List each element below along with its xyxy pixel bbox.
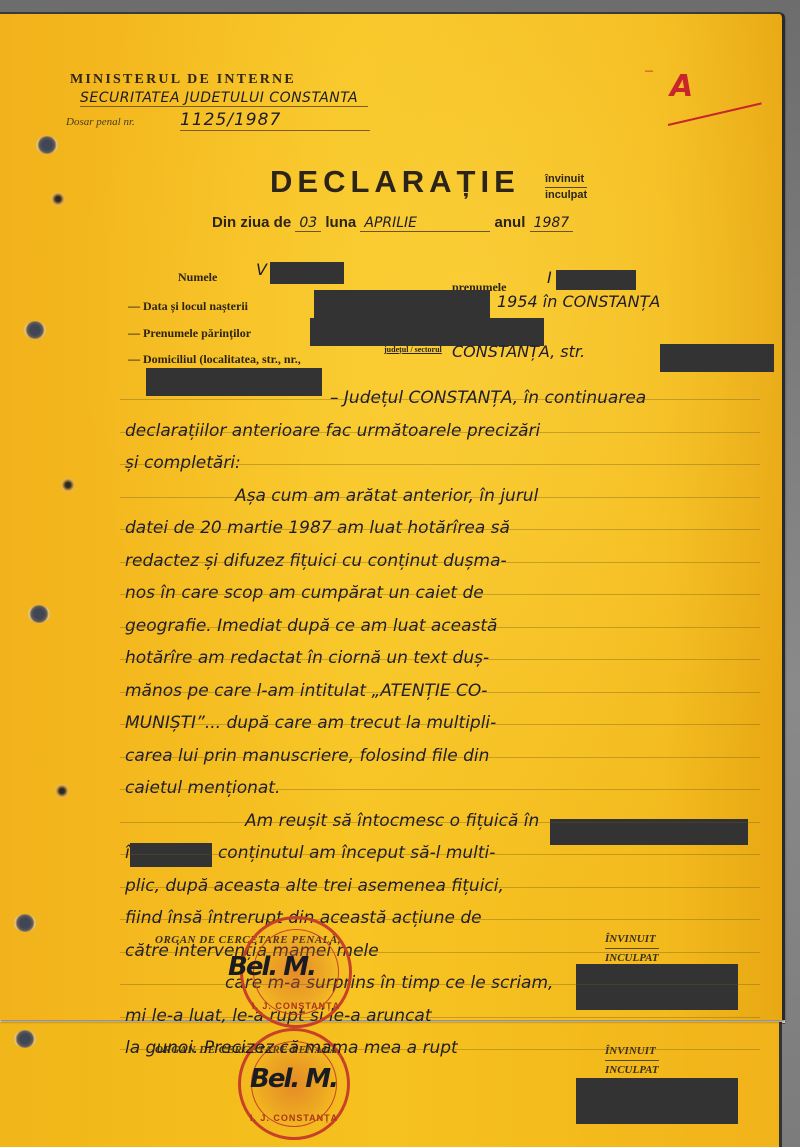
ruled-line — [120, 984, 760, 985]
stamp-text-2: I. J. CONSTANȚA — [241, 1113, 347, 1123]
redaction-block — [314, 290, 490, 318]
red-pencil-dash: – — [645, 62, 653, 80]
ruled-line — [120, 757, 760, 758]
ruled-line — [120, 1017, 760, 1018]
signature-2: Bel. M. — [250, 1064, 337, 1094]
birth-value: 1954 în CONSTANȚA — [497, 292, 660, 311]
status-inculpat: inculpat — [545, 188, 587, 203]
ruled-line — [120, 432, 760, 433]
ruled-line — [120, 399, 760, 400]
punch-hole-icon — [14, 914, 36, 932]
ruled-line — [120, 529, 760, 530]
birth-label: — Data și locul nașterii — [128, 299, 248, 314]
ruled-line — [120, 464, 760, 465]
punch-hole-icon — [14, 1030, 36, 1048]
status-options: învinuit inculpat — [545, 172, 587, 203]
case-number-label: Dosar penal nr. — [66, 116, 135, 128]
case-number-value: 1125/1987 — [180, 110, 370, 131]
document-title: DECLARAȚIE — [270, 164, 520, 200]
month-value: APRILIE — [360, 215, 490, 232]
month-label: luna — [325, 214, 356, 231]
red-pencil-underline — [668, 102, 762, 126]
red-pencil-mark: A — [670, 69, 693, 104]
punch-hole-icon — [55, 784, 69, 798]
status-invinuit: învinuit — [545, 172, 587, 188]
ruled-line — [120, 789, 760, 790]
ruled-line — [120, 627, 760, 628]
ruled-line — [120, 822, 760, 823]
given-name-partial: I — [547, 268, 552, 287]
stamp-text: I. J. CONSTANȚA — [243, 1001, 349, 1011]
ruled-line — [120, 952, 760, 953]
ruled-line — [120, 692, 760, 693]
ruled-line — [120, 1049, 760, 1050]
surname-label: Numele — [178, 270, 217, 285]
declaration-page: MINISTERUL DE INTERNE SECURITATEA JUDETU… — [0, 12, 785, 1020]
ruled-line — [120, 724, 760, 725]
redaction-block — [660, 344, 774, 372]
ruled-line — [120, 594, 760, 595]
date-line: Din ziua de 03 luna APRILIE anul 1987 — [212, 214, 573, 232]
punch-hole-icon — [28, 605, 50, 623]
redaction-block — [576, 964, 738, 1010]
punch-hole-icon — [61, 478, 75, 492]
day-label: Din ziua de — [212, 214, 291, 231]
address-sublabel: județul / sectorul — [384, 345, 442, 354]
ruled-line — [120, 887, 760, 888]
year-label: anul — [495, 214, 526, 231]
redaction-block — [270, 262, 344, 284]
address-label: — Domiciliul (localitatea, str., nr., — [128, 352, 301, 367]
year-value: 1987 — [530, 215, 574, 232]
surname-partial: V — [256, 260, 267, 279]
redaction-block — [130, 843, 212, 867]
ruled-line — [120, 659, 760, 660]
punch-hole-icon — [24, 321, 46, 339]
label-invinuit: ÎNVINUIT — [605, 930, 659, 949]
department-handwritten: SECURITATEA JUDETULUI CONSTANTA — [80, 90, 368, 107]
punch-hole-icon — [36, 136, 58, 154]
redaction-block — [576, 1078, 738, 1124]
ruled-line — [120, 497, 760, 498]
accused-labels: ÎNVINUIT INCULPAT — [605, 930, 659, 967]
parents-label: — Prenumele părinților — [128, 326, 251, 341]
ruled-line — [120, 919, 760, 920]
day-value: 03 — [295, 215, 321, 232]
ministry-heading: MINISTERUL DE INTERNE — [70, 72, 296, 88]
redaction-block — [556, 270, 636, 290]
punch-hole-icon — [51, 192, 65, 206]
ruled-line — [120, 854, 760, 855]
ruled-line — [120, 562, 760, 563]
address-value: CONSTANȚA, str. — [452, 342, 585, 361]
signature: Bel. M. — [228, 952, 315, 982]
redaction-block — [550, 819, 748, 845]
